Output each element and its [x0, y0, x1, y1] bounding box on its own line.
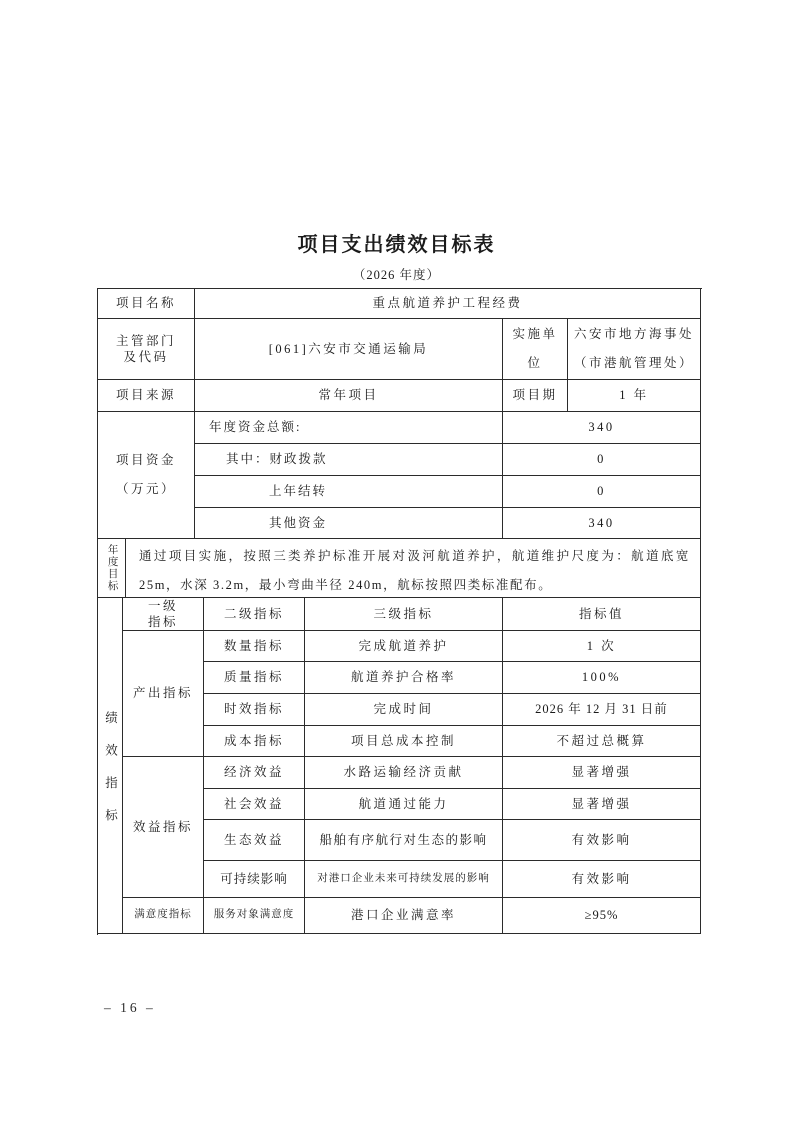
funds-row-name: 年度资金总额:	[195, 412, 503, 444]
funds-label: 项目资金 （万元）	[98, 412, 195, 539]
indicator-l2: 可持续影响	[204, 861, 305, 898]
indicator-l3: 航道养护合格率	[305, 662, 503, 694]
indicator-l2: 时效指标	[204, 694, 305, 726]
indicator-l3: 港口企业满意率	[305, 898, 503, 934]
page-number: – 16 –	[104, 1000, 156, 1016]
indicator-value: 有效影响	[503, 861, 701, 898]
indicator-l2: 生态效益	[204, 820, 305, 861]
project-name-label: 项目名称	[98, 289, 195, 319]
header-level2: 二级指标	[204, 598, 305, 631]
group-output-label: 产出指标	[123, 631, 204, 757]
indicator-value: ≥95%	[503, 898, 701, 934]
funds-row-value: 0	[503, 476, 701, 508]
header-level3: 三级指标	[305, 598, 503, 631]
project-source-label: 项目来源	[98, 380, 195, 412]
indicator-value: 1 次	[503, 631, 701, 662]
group-benefit-label: 效益指标	[123, 757, 204, 898]
performance-section-label: 绩效指标	[98, 598, 123, 934]
performance-target-table: 项目名称 重点航道养护工程经费 主管部门 及代码 [061]六安市交通运输局 实…	[97, 288, 702, 935]
indicator-l3: 航道通过能力	[305, 789, 503, 820]
impl-unit-label: 实施单位	[503, 319, 568, 380]
indicator-l3: 完成时间	[305, 694, 503, 726]
indicator-value: 2026 年 12 月 31 日前	[503, 694, 701, 726]
dept-value: [061]六安市交通运输局	[195, 319, 503, 380]
indicator-l3: 对港口企业未来可持续发展的影响	[305, 861, 503, 898]
indicator-l3: 水路运输经济贡献	[305, 757, 503, 789]
group-satisfaction-label: 满意度指标	[123, 898, 204, 934]
indicator-value: 显著增强	[503, 789, 701, 820]
project-period-value: 1 年	[568, 380, 701, 412]
indicator-l2: 服务对象满意度	[204, 898, 305, 934]
annual-goal-text: 通过项目实施，按照三类养护标准开展对汲河航道养护，航道维护尺度为：航道底宽 25…	[126, 539, 701, 598]
indicator-l2: 社会效益	[204, 789, 305, 820]
indicator-l3: 船舶有序航行对生态的影响	[305, 820, 503, 861]
annual-goal-label: 年度目标	[98, 539, 126, 598]
page-title: 项目支出绩效目标表	[0, 228, 793, 257]
indicator-value: 不超过总概算	[503, 726, 701, 757]
document-page: 项目支出绩效目标表 （2026 年度） 项目名称 重点航道养护工程经费 主管部门…	[0, 0, 793, 1122]
indicator-l3: 项目总成本控制	[305, 726, 503, 757]
funds-row-name: 其中：财政拨款	[195, 444, 503, 476]
funds-row-name: 其他资金	[195, 508, 503, 539]
funds-row-value: 0	[503, 444, 701, 476]
indicator-l2: 质量指标	[204, 662, 305, 694]
project-period-label: 项目期	[503, 380, 568, 412]
page-subtitle: （2026 年度）	[0, 265, 793, 283]
indicator-l2: 数量指标	[204, 631, 305, 662]
header-value: 指标值	[503, 598, 701, 631]
funds-row-value: 340	[503, 412, 701, 444]
indicator-l3: 完成航道养护	[305, 631, 503, 662]
annual-goal-text-content: 通过项目实施，按照三类养护标准开展对汲河航道养护，航道维护尺度为：航道底宽 25…	[126, 539, 700, 598]
impl-unit-value: 六安市地方海事处 （市港航管理处）	[568, 319, 701, 380]
indicator-l2: 经济效益	[204, 757, 305, 789]
funds-row-value: 340	[503, 508, 701, 539]
indicator-value: 有效影响	[503, 820, 701, 861]
indicator-l2: 成本指标	[204, 726, 305, 757]
dept-label: 主管部门 及代码	[98, 319, 195, 380]
indicator-value: 显著增强	[503, 757, 701, 789]
indicator-value: 100%	[503, 662, 701, 694]
header-level1: 一级 指标	[123, 598, 204, 631]
project-name-value: 重点航道养护工程经费	[195, 289, 701, 319]
project-source-value: 常年项目	[195, 380, 503, 412]
funds-row-name: 上年结转	[195, 476, 503, 508]
